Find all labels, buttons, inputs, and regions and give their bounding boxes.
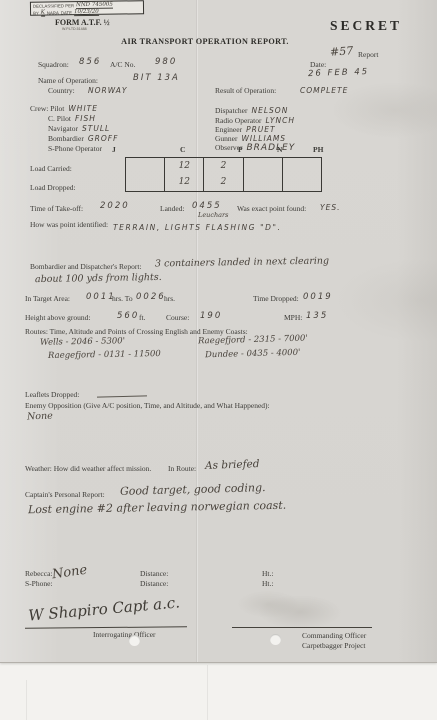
load-col-ph: PH — [313, 145, 323, 154]
weather-label: Weather: How did weather affect mission. — [25, 464, 151, 473]
country-label: Country: — [48, 86, 75, 95]
distance-label-1: Distance: — [140, 569, 168, 578]
crew-sphone-row: S-Phone Operator — [48, 138, 102, 156]
declassification-stamp: DECLASSIFIED PER NND 745005 BY K NARA DA… — [30, 0, 144, 16]
operation-value: BIT 13A — [133, 73, 180, 83]
bombardier-report-label: Bombardier and Dispatcher's Report: — [30, 262, 142, 271]
load-cell-n — [244, 158, 283, 191]
background-rule-center — [207, 665, 208, 720]
course-value: 190 — [200, 311, 222, 321]
takeoff-value: 2020 — [100, 201, 130, 211]
background-rule-left — [26, 680, 27, 720]
punch-hole-right — [270, 634, 281, 645]
load-cell-ph — [283, 158, 321, 191]
commanding-signature-line — [232, 627, 372, 628]
stamp-date-value: 10/23/20 — [74, 9, 99, 16]
load-dropped-label: Load Dropped: — [30, 183, 76, 192]
punch-hole-left — [129, 635, 140, 646]
form-id: FORM A.T.F. ½ — [55, 18, 110, 27]
landed-label: Landed: — [160, 204, 185, 213]
exact-point-label: Was exact point found: — [237, 204, 306, 213]
operation-label: Name of Operation: — [38, 76, 98, 85]
load-col-n: N — [277, 145, 282, 154]
carpetbagger-project-label: Carpetbagger Project — [302, 641, 366, 650]
ac-no-value: 980 — [155, 57, 177, 67]
weather-value: As briefed — [205, 458, 260, 472]
load-carried-label: Load Carried: — [30, 164, 72, 173]
stamp-date-label: DATE — [61, 10, 72, 16]
stamp-signature: K — [41, 10, 45, 17]
course-label: Course: — [166, 313, 189, 322]
crew-observer-row: Observer BRADLEY — [215, 137, 295, 155]
sphone-label: S-Phone: — [25, 579, 53, 588]
load-cell-c: 12 12 — [165, 158, 204, 191]
date-value: 26 FEB 45 — [308, 67, 369, 79]
landed-value: 0455 — [192, 201, 222, 211]
target-to-value: 0026 — [136, 292, 166, 302]
ht-label-2: Ht.: — [262, 579, 273, 588]
squadron-label: Squadron: — [38, 60, 69, 69]
time-dropped-value: 0019 — [303, 292, 333, 302]
route-entry-3: Raegefjord - 0131 - 11500 — [48, 349, 161, 361]
load-col-j: J — [112, 145, 116, 154]
ac-no-label: A/C No. — [110, 60, 135, 69]
identified-label: How was point identified: — [30, 220, 108, 229]
landed-note: Leuchars — [198, 211, 229, 219]
load-col-p: P — [238, 145, 243, 154]
crew-sphone-label: S-Phone Operator — [48, 144, 102, 153]
squadron-value: 856 — [79, 57, 101, 67]
load-dropped-c: 12 — [179, 178, 190, 187]
distance-label-2: Distance: — [140, 579, 168, 588]
route-entry-1: Wells - 2046 - 5300' — [40, 336, 125, 347]
height-label: Height above ground: — [25, 313, 90, 322]
mph-label: MPH: — [284, 313, 302, 322]
result-label: Result of Operation: — [215, 86, 276, 95]
stamp-declassified-label: DECLASSIFIED PER — [33, 3, 74, 10]
stamp-nara-label: NARA — [47, 10, 59, 16]
load-cell-j — [126, 158, 165, 191]
classification-secret: SECRET — [330, 18, 402, 34]
result-value: COMPLETE — [300, 86, 348, 95]
load-col-c: C — [180, 145, 185, 154]
weather-route-label: In Route: — [168, 464, 196, 473]
in-target-area-label: In Target Area: — [25, 294, 70, 303]
load-carried-c: 12 — [179, 162, 190, 171]
country-value: NORWAY — [88, 86, 127, 95]
takeoff-label: Time of Take-off: — [30, 204, 83, 213]
opposition-label: Enemy Opposition (Give A/C position, Tim… — [25, 401, 270, 410]
captain-report-label: Captain's Personal Report: — [25, 490, 105, 499]
report-number-label: Report — [358, 50, 378, 59]
identified-value: TERRAIN, LIGHTS FLASHING "D". — [113, 223, 282, 232]
stamp-by-label: BY — [33, 10, 39, 16]
interrogating-officer-label: Interrogating Officer — [93, 630, 156, 639]
mph-value: 135 — [306, 311, 328, 321]
load-carried-p: 2 — [221, 162, 227, 171]
height-value: 560 — [117, 311, 139, 321]
hrs-to-label: hrs. To — [112, 294, 133, 303]
ht-label-1: Ht.: — [262, 569, 273, 578]
exact-point-value: YES. — [320, 203, 340, 212]
load-table: 12 12 2 2 — [125, 157, 322, 192]
load-cell-p: 2 2 — [204, 158, 243, 191]
leaflets-label: Leaflets Dropped: — [25, 390, 79, 399]
scanned-document-screen: DECLASSIFIED PER NND 745005 BY K NARA DA… — [0, 0, 437, 720]
hrs-label: hrs. — [164, 294, 175, 303]
crew-observer-value: BRADLEY — [247, 143, 296, 153]
commanding-officer-label: Commanding Officer — [302, 631, 366, 640]
bombardier-report-line2: about 100 yds from lights. — [35, 272, 162, 285]
form-print-code: W.P.LTD.51488 — [62, 27, 87, 31]
ft-label: ft. — [139, 313, 145, 322]
rebecca-label: Rebecca: — [25, 569, 52, 578]
report-number: #57 — [330, 44, 354, 59]
routes-label: Routes: Time, Altitude and Points of Cro… — [25, 327, 248, 336]
load-dropped-p: 2 — [221, 178, 227, 187]
opposition-value: None — [27, 411, 53, 423]
time-dropped-label: Time Dropped: — [253, 294, 299, 303]
